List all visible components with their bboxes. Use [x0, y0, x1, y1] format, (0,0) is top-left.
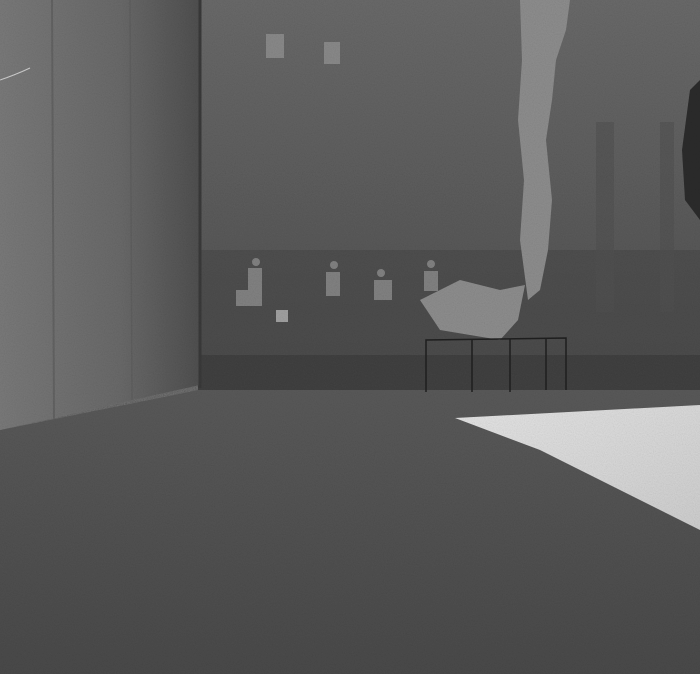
scene: [0, 0, 700, 674]
photograph: [0, 0, 700, 674]
left-wall: [0, 0, 200, 430]
